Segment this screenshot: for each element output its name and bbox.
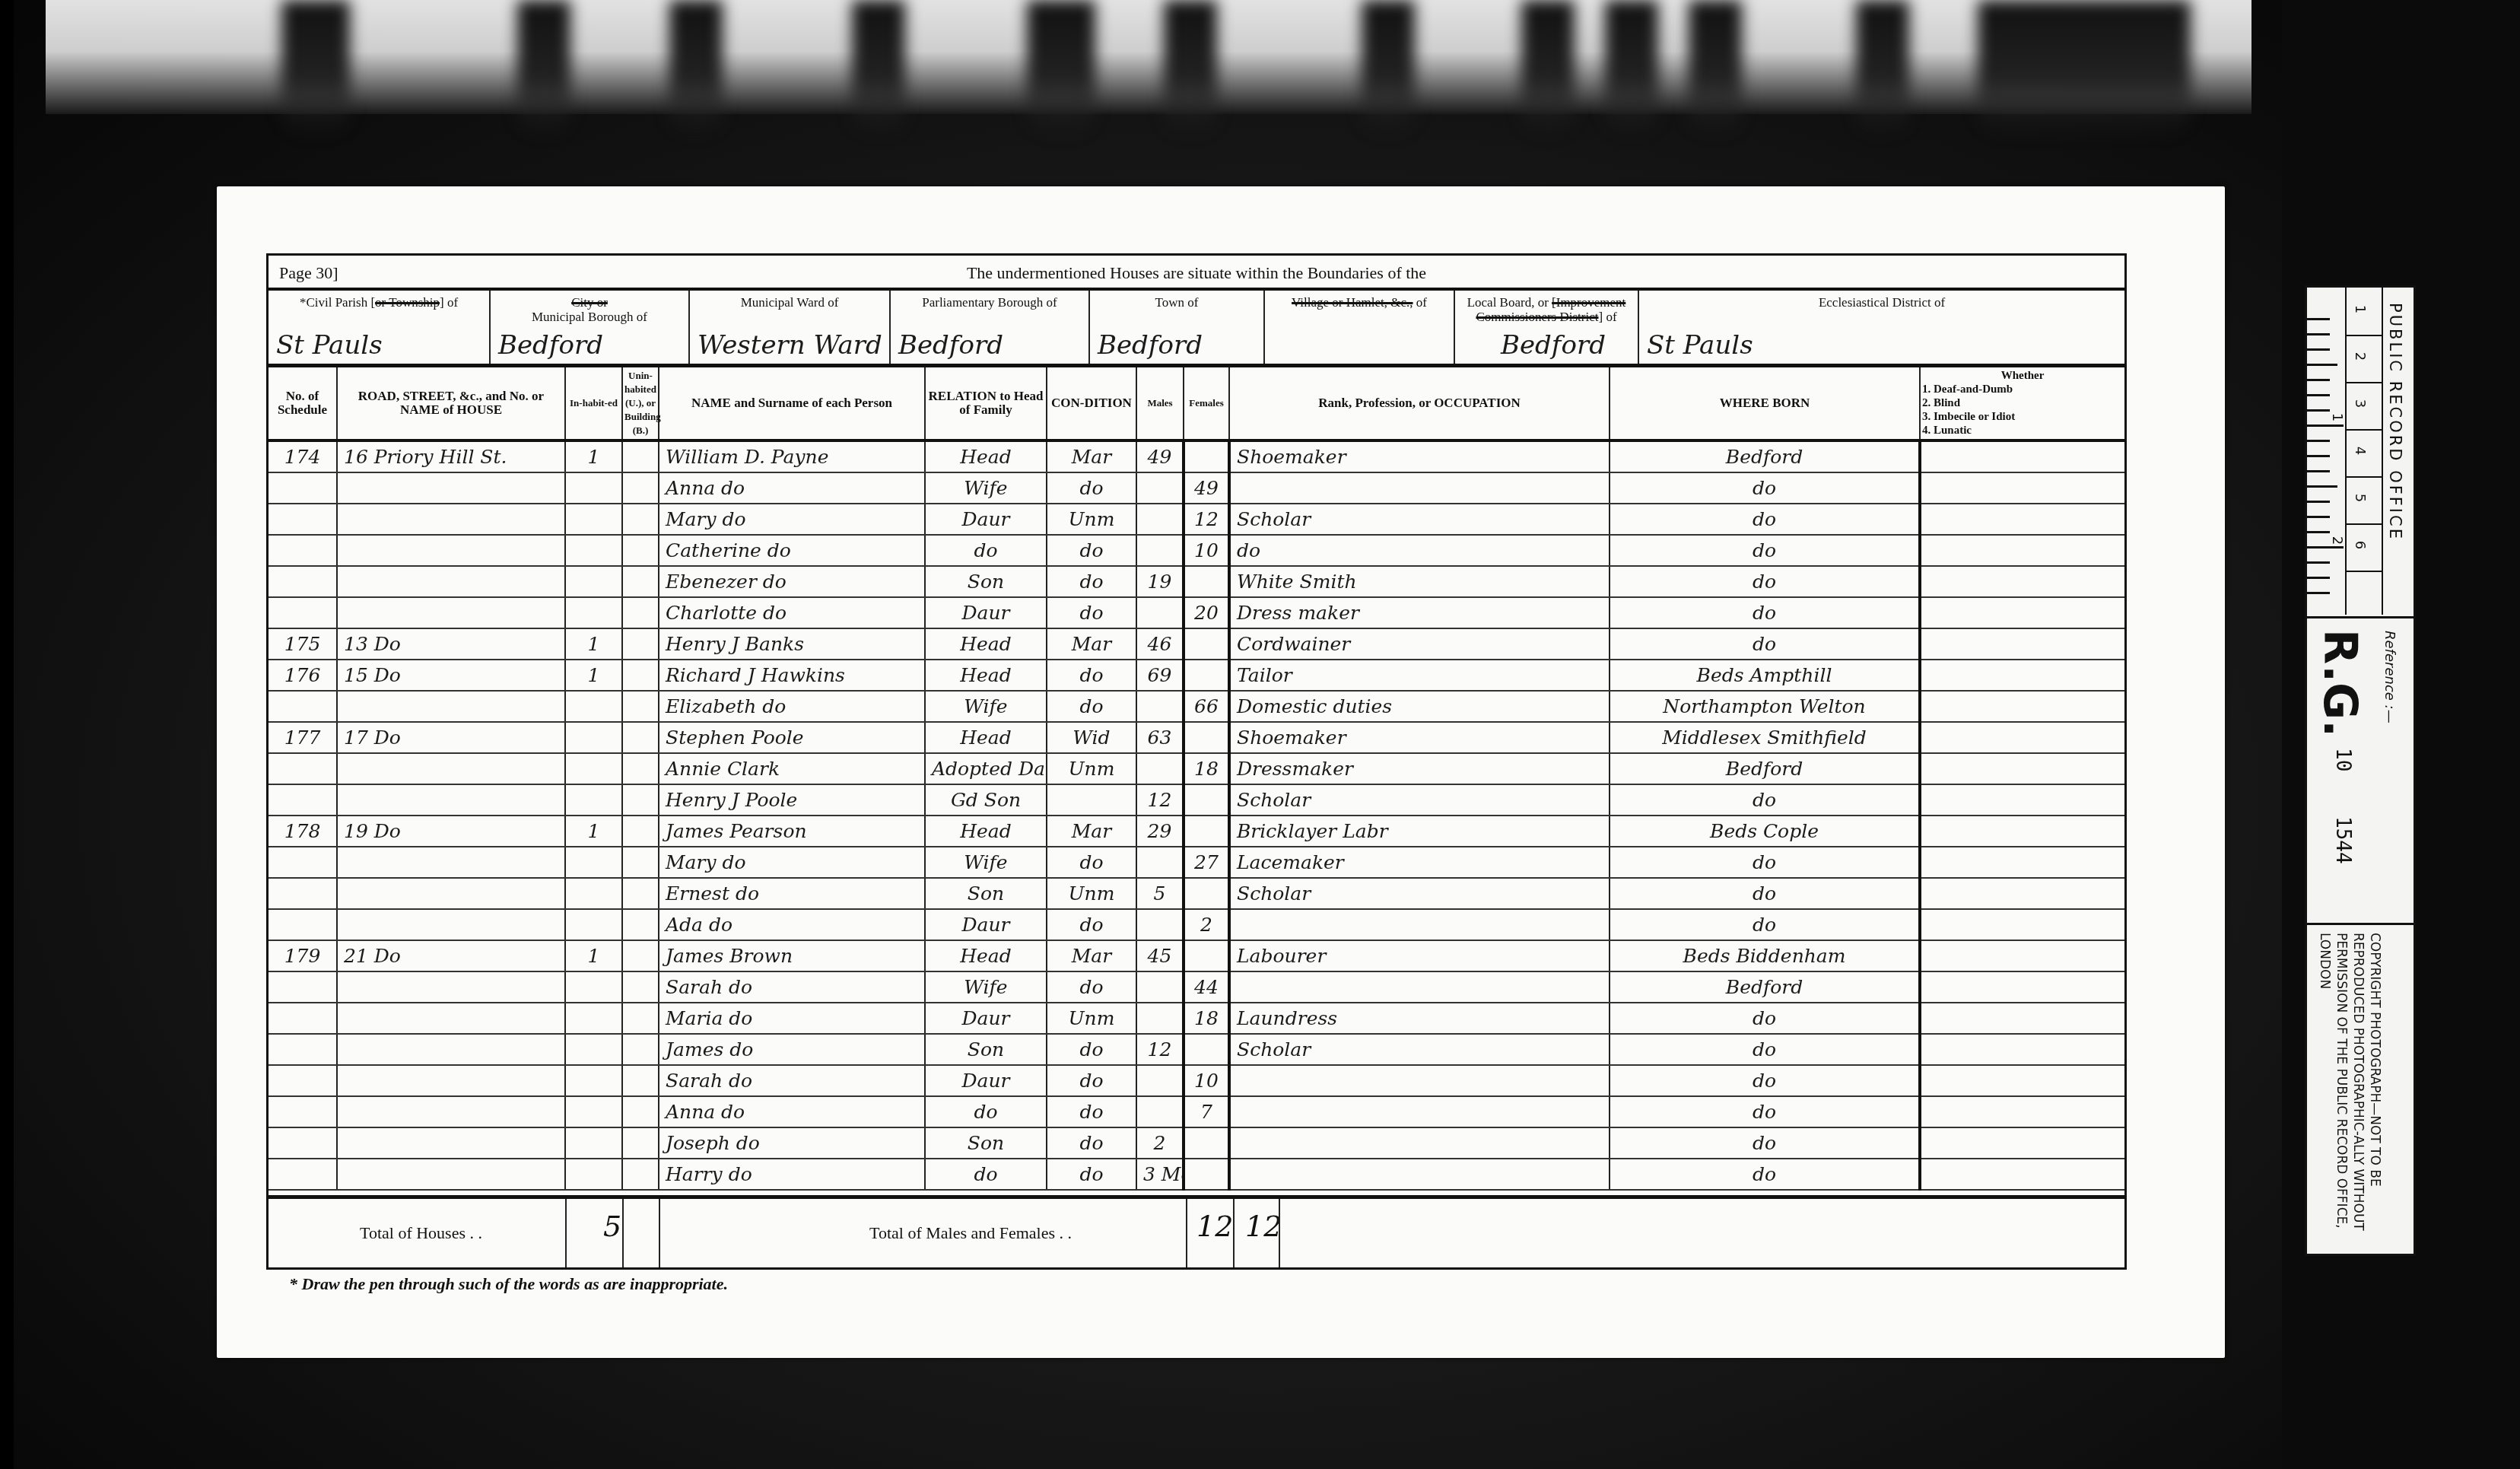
female-age-cell: 7	[1184, 1096, 1229, 1127]
relation-cell: Head	[925, 816, 1047, 847]
female-age-cell	[1184, 940, 1229, 971]
table-row: Henry J PooleGd Son12Scholardo	[269, 784, 2124, 816]
infirmity-cell	[1920, 909, 2124, 940]
infirmity-cell	[1920, 660, 2124, 691]
census-page: Page 30] The undermentioned Houses are s…	[217, 186, 2225, 1358]
divider	[565, 1199, 567, 1267]
col-condition: CON-DITION	[1047, 367, 1136, 440]
film-edge-left	[0, 0, 14, 1469]
condition-cell: Wid	[1047, 722, 1136, 753]
occupation-cell: Dress maker	[1229, 597, 1610, 628]
occupation-cell: Scholar	[1229, 504, 1610, 535]
male-age-cell: 5	[1136, 878, 1184, 909]
col-where-born: WHERE BORN	[1610, 367, 1920, 440]
road-cell	[337, 566, 565, 597]
name-cell: Stephen Poole	[659, 722, 925, 753]
uninhabited-cell	[622, 440, 659, 472]
infirmity-cell	[1920, 504, 2124, 535]
condition-cell: Mar	[1047, 628, 1136, 660]
col-name: NAME and Surname of each Person	[659, 367, 925, 440]
inhabited-cell	[565, 472, 622, 504]
inhabited-cell	[565, 1065, 622, 1096]
infirmity-cell	[1920, 878, 2124, 909]
road-cell: 15 Do	[337, 660, 565, 691]
infirmity-cell	[1920, 1065, 2124, 1096]
uninhabited-cell	[622, 535, 659, 566]
town-label: Town of	[1090, 291, 1263, 310]
parliamentary-borough-label: Parliamentary Borough of	[891, 291, 1088, 310]
uninhabited-cell	[622, 628, 659, 660]
inhabited-cell	[565, 1127, 622, 1159]
ecclesiastical-district-value: St Pauls	[1647, 330, 2120, 361]
male-age-cell: 12	[1136, 1034, 1184, 1065]
relation-cell: Wife	[925, 691, 1047, 722]
occupation-cell	[1229, 1127, 1610, 1159]
infirmity-cell	[1920, 628, 2124, 660]
occupation-cell: Scholar	[1229, 878, 1610, 909]
female-age-cell	[1184, 784, 1229, 816]
total-females-value: 12	[1245, 1210, 1282, 1243]
table-row: Harry dododo3 Modo	[269, 1159, 2124, 1190]
road-cell: 13 Do	[337, 628, 565, 660]
scale-cell-number: 4	[2352, 447, 2368, 455]
road-cell	[337, 597, 565, 628]
male-age-cell	[1136, 1065, 1184, 1096]
uninhabited-cell	[622, 971, 659, 1003]
where-born-cell: do	[1610, 784, 1920, 816]
condition-cell: do	[1047, 1065, 1136, 1096]
total-persons-label: Total of Males and Females . .	[869, 1223, 1072, 1243]
inhabited-cell	[565, 1034, 622, 1065]
name-cell: Henry J Banks	[659, 628, 925, 660]
col-schedule: No. of Schedule	[269, 367, 337, 440]
uninhabited-cell	[622, 597, 659, 628]
scale-cell-number: 5	[2352, 494, 2368, 502]
inhabited-cell	[565, 784, 622, 816]
name-cell: Sarah do	[659, 971, 925, 1003]
where-born-cell: do	[1610, 1127, 1920, 1159]
name-cell: Ernest do	[659, 878, 925, 909]
name-cell: James do	[659, 1034, 925, 1065]
relation-cell: Son	[925, 1127, 1047, 1159]
relation-cell: Son	[925, 878, 1047, 909]
condition-cell: do	[1047, 1127, 1136, 1159]
occupation-cell: White Smith	[1229, 566, 1610, 597]
name-cell: Ada do	[659, 909, 925, 940]
road-cell: 16 Priory Hill St.	[337, 440, 565, 472]
road-cell	[337, 847, 565, 878]
condition-cell: do	[1047, 472, 1136, 504]
name-cell: Anna do	[659, 1096, 925, 1127]
infirmity-cell	[1920, 784, 2124, 816]
female-age-cell: 2	[1184, 909, 1229, 940]
municipal-ward-label: Municipal Ward of	[690, 291, 889, 310]
inhabited-cell	[565, 1003, 622, 1034]
shadow-streak	[517, 0, 570, 137]
shadow-streak	[1164, 0, 1217, 137]
name-cell: Sarah do	[659, 1065, 925, 1096]
table-row: Maria doDaurUnm18Laundressdo	[269, 1003, 2124, 1034]
road-cell: 19 Do	[337, 816, 565, 847]
local-board-cell: Local Board, or [ImprovementCommissioner…	[1455, 291, 1639, 364]
col-infirmity: Whether 1. Deaf-and-Dumb 2. Blind 3. Imb…	[1920, 367, 2124, 440]
condition-cell	[1047, 784, 1136, 816]
schedule-cell	[269, 691, 337, 722]
relation-cell: Daur	[925, 1003, 1047, 1034]
table-row: 17513 Do1Henry J BanksHeadMar46Cordwaine…	[269, 628, 2124, 660]
name-cell: James Brown	[659, 940, 925, 971]
census-table: No. of Schedule ROAD, STREET, &c., and N…	[269, 367, 2124, 1191]
road-cell	[337, 1034, 565, 1065]
table-row: 17615 Do1Richard J HawkinsHeaddo69Tailor…	[269, 660, 2124, 691]
occupation-cell	[1229, 909, 1610, 940]
schedule-cell	[269, 472, 337, 504]
relation-cell: Head	[925, 628, 1047, 660]
col-males: Males	[1136, 367, 1184, 440]
schedule-cell	[269, 597, 337, 628]
schedule-cell: 178	[269, 816, 337, 847]
uninhabited-cell	[622, 753, 659, 784]
uninhabited-cell	[622, 1127, 659, 1159]
where-born-cell: Beds Cople	[1610, 816, 1920, 847]
infirmity-cell	[1920, 1159, 2124, 1190]
scale-cells: 1 2 3 4 5 6	[2345, 288, 2383, 615]
table-row: Sarah doDaurdo10do	[269, 1065, 2124, 1096]
scale-ruler: 1 2	[2307, 288, 2347, 615]
where-born-cell: Bedford	[1610, 971, 1920, 1003]
female-age-cell: 49	[1184, 472, 1229, 504]
condition-cell: Mar	[1047, 940, 1136, 971]
occupation-cell	[1229, 971, 1610, 1003]
female-age-cell	[1184, 722, 1229, 753]
occupation-cell	[1229, 1096, 1610, 1127]
table-row: 17717 DoStephen PooleHeadWid63ShoemakerM…	[269, 722, 2124, 753]
record-class: R.G.	[2313, 629, 2366, 737]
inhabited-cell: 1	[565, 628, 622, 660]
male-age-cell: 2	[1136, 1127, 1184, 1159]
infirmity-cell	[1920, 940, 2124, 971]
name-cell: Harry do	[659, 1159, 925, 1190]
where-born-cell: do	[1610, 1034, 1920, 1065]
road-cell: 17 Do	[337, 722, 565, 753]
infirmity-cell	[1920, 440, 2124, 472]
totals-row: Total of Houses . . 5 Total of Males and…	[269, 1195, 2124, 1267]
table-row: Anna dododo7do	[269, 1096, 2124, 1127]
inhabited-cell	[565, 878, 622, 909]
male-age-cell: 69	[1136, 660, 1184, 691]
male-age-cell	[1136, 691, 1184, 722]
male-age-cell	[1136, 909, 1184, 940]
uninhabited-cell	[622, 816, 659, 847]
where-born-cell: do	[1610, 535, 1920, 566]
inhabited-cell	[565, 597, 622, 628]
relation-cell: Wife	[925, 472, 1047, 504]
uninhabited-cell	[622, 1096, 659, 1127]
road-cell	[337, 878, 565, 909]
female-age-cell	[1184, 660, 1229, 691]
where-born-cell: do	[1610, 1065, 1920, 1096]
infirmity-cell	[1920, 691, 2124, 722]
name-cell: Elizabeth do	[659, 691, 925, 722]
female-age-cell	[1184, 440, 1229, 472]
where-born-cell: do	[1610, 1159, 1920, 1190]
occupation-cell: do	[1229, 535, 1610, 566]
relation-cell: Daur	[925, 597, 1047, 628]
name-cell: Mary do	[659, 504, 925, 535]
female-age-cell	[1184, 1034, 1229, 1065]
name-cell: Catherine do	[659, 535, 925, 566]
male-age-cell	[1136, 597, 1184, 628]
female-age-cell	[1184, 628, 1229, 660]
infirmity-item: 4. Lunatic	[1922, 424, 2123, 437]
male-age-cell	[1136, 753, 1184, 784]
schedule-cell: 176	[269, 660, 337, 691]
shadow-streak	[1521, 0, 1575, 137]
ruler-number: 2	[2329, 536, 2345, 545]
occupation-cell	[1229, 1159, 1610, 1190]
where-born-cell: Bedford	[1610, 440, 1920, 472]
divider	[622, 1199, 624, 1267]
inhabited-cell: 1	[565, 816, 622, 847]
total-houses-label: Total of Houses . .	[360, 1223, 482, 1243]
table-header-row: No. of Schedule ROAD, STREET, &c., and N…	[269, 367, 2124, 440]
schedule-cell	[269, 1127, 337, 1159]
schedule-cell	[269, 1034, 337, 1065]
condition-cell: do	[1047, 1096, 1136, 1127]
name-cell: Annie Clark	[659, 753, 925, 784]
ecclesiastical-district-label: Ecclesiastical District of	[1639, 291, 2124, 310]
occupation-cell: Lacemaker	[1229, 847, 1610, 878]
inhabited-cell	[565, 909, 622, 940]
female-age-cell: 10	[1184, 1065, 1229, 1096]
shadow-streak	[1605, 0, 1658, 137]
uninhabited-cell	[622, 1003, 659, 1034]
scale-cell-number: 1	[2352, 305, 2368, 313]
male-age-cell: 49	[1136, 440, 1184, 472]
infirmity-item: 3. Imbecile or Idiot	[1922, 410, 2123, 424]
condition-cell: do	[1047, 1159, 1136, 1190]
name-cell: Charlotte do	[659, 597, 925, 628]
name-cell: Richard J Hawkins	[659, 660, 925, 691]
female-age-cell: 20	[1184, 597, 1229, 628]
uninhabited-cell	[622, 504, 659, 535]
condition-cell: do	[1047, 535, 1136, 566]
male-age-cell	[1136, 971, 1184, 1003]
condition-cell: do	[1047, 909, 1136, 940]
name-cell: Henry J Poole	[659, 784, 925, 816]
road-cell	[337, 784, 565, 816]
male-age-cell: 29	[1136, 816, 1184, 847]
table-row: Ada doDaurdo2do	[269, 909, 2124, 940]
where-born-cell: do	[1610, 909, 1920, 940]
infirmity-cell	[1920, 1003, 2124, 1034]
divider	[659, 1199, 660, 1267]
female-age-cell: 66	[1184, 691, 1229, 722]
infirmity-item: 2. Blind	[1922, 396, 2123, 410]
col-inhabited: In-habit-ed	[565, 367, 622, 440]
inhabited-cell	[565, 566, 622, 597]
total-houses-value: 5	[603, 1210, 621, 1243]
female-age-cell	[1184, 1159, 1229, 1190]
infirmity-cell	[1920, 1034, 2124, 1065]
schedule-cell	[269, 566, 337, 597]
relation-cell: Son	[925, 1034, 1047, 1065]
female-age-cell	[1184, 816, 1229, 847]
infirmity-cell	[1920, 753, 2124, 784]
scale-cell-number: 2	[2352, 352, 2368, 361]
infirmity-cell	[1920, 472, 2124, 504]
table-row: Annie ClarkAdopted DaurUnm18DressmakerBe…	[269, 753, 2124, 784]
col-road: ROAD, STREET, &c., and No. or NAME of HO…	[337, 367, 565, 440]
condition-cell: do	[1047, 660, 1136, 691]
female-age-cell: 18	[1184, 753, 1229, 784]
schedule-cell	[269, 504, 337, 535]
infirmity-cell	[1920, 597, 2124, 628]
condition-cell: do	[1047, 566, 1136, 597]
where-born-cell: Middlesex Smithfield	[1610, 722, 1920, 753]
inhabited-cell	[565, 535, 622, 566]
municipal-borough-value: Bedford	[498, 330, 684, 361]
infirmity-cell	[1920, 816, 2124, 847]
reference-box: R.G. Reference :— 10 1544	[2307, 616, 2414, 925]
inhabited-cell: 1	[565, 660, 622, 691]
footnote: * Draw the pen through such of the words…	[289, 1274, 728, 1294]
condition-cell: Unm	[1047, 504, 1136, 535]
table-row: Charlotte doDaurdo20Dress makerdo	[269, 597, 2124, 628]
inhabited-cell	[565, 847, 622, 878]
local-board-value: Bedford	[1501, 330, 1633, 361]
ecclesiastical-district-cell: Ecclesiastical District of St Pauls	[1639, 291, 2124, 364]
table-row: 17921 Do1James BrownHeadMar45LabourerBed…	[269, 940, 2124, 971]
male-age-cell: 19	[1136, 566, 1184, 597]
where-born-cell: do	[1610, 597, 1920, 628]
ruler-number: 1	[2329, 413, 2345, 421]
where-born-cell: Northampton Welton	[1610, 691, 1920, 722]
condition-cell: do	[1047, 847, 1136, 878]
schedule-cell	[269, 909, 337, 940]
where-born-cell: do	[1610, 472, 1920, 504]
census-rows: 17416 Priory Hill St.1William D. PayneHe…	[269, 440, 2124, 1190]
road-cell	[337, 1003, 565, 1034]
table-row: 17416 Priory Hill St.1William D. PayneHe…	[269, 440, 2124, 472]
pro-title: PUBLIC RECORD OFFICE	[2386, 303, 2404, 541]
infirmity-title: Whether	[1922, 369, 2123, 383]
schedule-cell	[269, 1065, 337, 1096]
female-age-cell: 10	[1184, 535, 1229, 566]
where-born-cell: Beds Biddenham	[1610, 940, 1920, 971]
uninhabited-cell	[622, 1159, 659, 1190]
shadow-streak	[669, 0, 723, 137]
uninhabited-cell	[622, 472, 659, 504]
table-row: Ernest doSonUnm5Scholardo	[269, 878, 2124, 909]
relation-cell: Daur	[925, 1065, 1047, 1096]
condition-cell: Unm	[1047, 753, 1136, 784]
uninhabited-cell	[622, 1065, 659, 1096]
road-cell	[337, 535, 565, 566]
male-age-cell: 12	[1136, 784, 1184, 816]
relation-cell: Daur	[925, 909, 1047, 940]
record-series: 10	[2331, 748, 2354, 771]
shadow-streak	[852, 0, 905, 137]
inhabited-cell: 1	[565, 440, 622, 472]
where-born-cell: do	[1610, 1003, 1920, 1034]
condition-cell: Mar	[1047, 816, 1136, 847]
town-value: Bedford	[1098, 330, 1259, 361]
female-age-cell	[1184, 566, 1229, 597]
inhabited-cell	[565, 971, 622, 1003]
table-row: Elizabeth doWifedo66Domestic dutiesNorth…	[269, 691, 2124, 722]
table-row: Catherine dododo10dodo	[269, 535, 2124, 566]
col-relation: RELATION to Head of Family	[925, 367, 1047, 440]
male-age-cell	[1136, 472, 1184, 504]
table-row: Mary doDaurUnm12Scholardo	[269, 504, 2124, 535]
shadow-streak	[1978, 0, 2191, 137]
census-form: Page 30] The undermentioned Houses are s…	[266, 253, 2127, 1270]
schedule-cell	[269, 1003, 337, 1034]
where-born-cell: do	[1610, 566, 1920, 597]
page-header: Page 30] The undermentioned Houses are s…	[269, 256, 2124, 291]
copyright-notice: COPYRIGHT PHOTOGRAPH—NOT TO BE REPRODUCE…	[2316, 933, 2383, 1237]
male-age-cell: 63	[1136, 722, 1184, 753]
male-age-cell: 3 Mo	[1136, 1159, 1184, 1190]
female-age-cell: 27	[1184, 847, 1229, 878]
condition-cell: do	[1047, 1034, 1136, 1065]
parliamentary-borough-cell: Parliamentary Borough of Bedford	[891, 291, 1090, 364]
road-cell	[337, 691, 565, 722]
schedule-cell	[269, 753, 337, 784]
schedule-cell	[269, 878, 337, 909]
schedule-cell	[269, 1159, 337, 1190]
record-piece: 1544	[2331, 816, 2354, 864]
male-age-cell: 46	[1136, 628, 1184, 660]
shadow-streak	[1856, 0, 1909, 137]
table-row: Anna doWifedo49do	[269, 472, 2124, 504]
relation-cell: Gd Son	[925, 784, 1047, 816]
occupation-cell: Cordwainer	[1229, 628, 1610, 660]
female-age-cell: 44	[1184, 971, 1229, 1003]
schedule-cell: 175	[269, 628, 337, 660]
road-cell	[337, 1096, 565, 1127]
inhabited-cell: 1	[565, 940, 622, 971]
col-occupation: Rank, Profession, or OCCUPATION	[1229, 367, 1610, 440]
civil-parish-label: *Civil Parish [or Township] of	[269, 291, 489, 310]
infirmity-cell	[1920, 971, 2124, 1003]
name-cell: Anna do	[659, 472, 925, 504]
road-cell	[337, 1065, 565, 1096]
inhabited-cell	[565, 691, 622, 722]
uninhabited-cell	[622, 878, 659, 909]
condition-cell: Unm	[1047, 1003, 1136, 1034]
town-cell: Town of Bedford	[1090, 291, 1265, 364]
inhabited-cell	[565, 1096, 622, 1127]
scale-cell-number: 6	[2352, 541, 2368, 549]
uninhabited-cell	[622, 909, 659, 940]
schedule-cell	[269, 971, 337, 1003]
occupation-cell: Scholar	[1229, 784, 1610, 816]
occupation-cell: Shoemaker	[1229, 440, 1610, 472]
shadow-streak	[1027, 0, 1095, 137]
relation-cell: do	[925, 535, 1047, 566]
uninhabited-cell	[622, 940, 659, 971]
table-row: Sarah doWifedo44Bedford	[269, 971, 2124, 1003]
col-females: Females	[1184, 367, 1229, 440]
schedule-cell: 179	[269, 940, 337, 971]
condition-cell: Unm	[1047, 878, 1136, 909]
relation-cell: do	[925, 1096, 1047, 1127]
scale-cell-number: 3	[2352, 399, 2368, 408]
male-age-cell	[1136, 1096, 1184, 1127]
relation-cell: Head	[925, 940, 1047, 971]
